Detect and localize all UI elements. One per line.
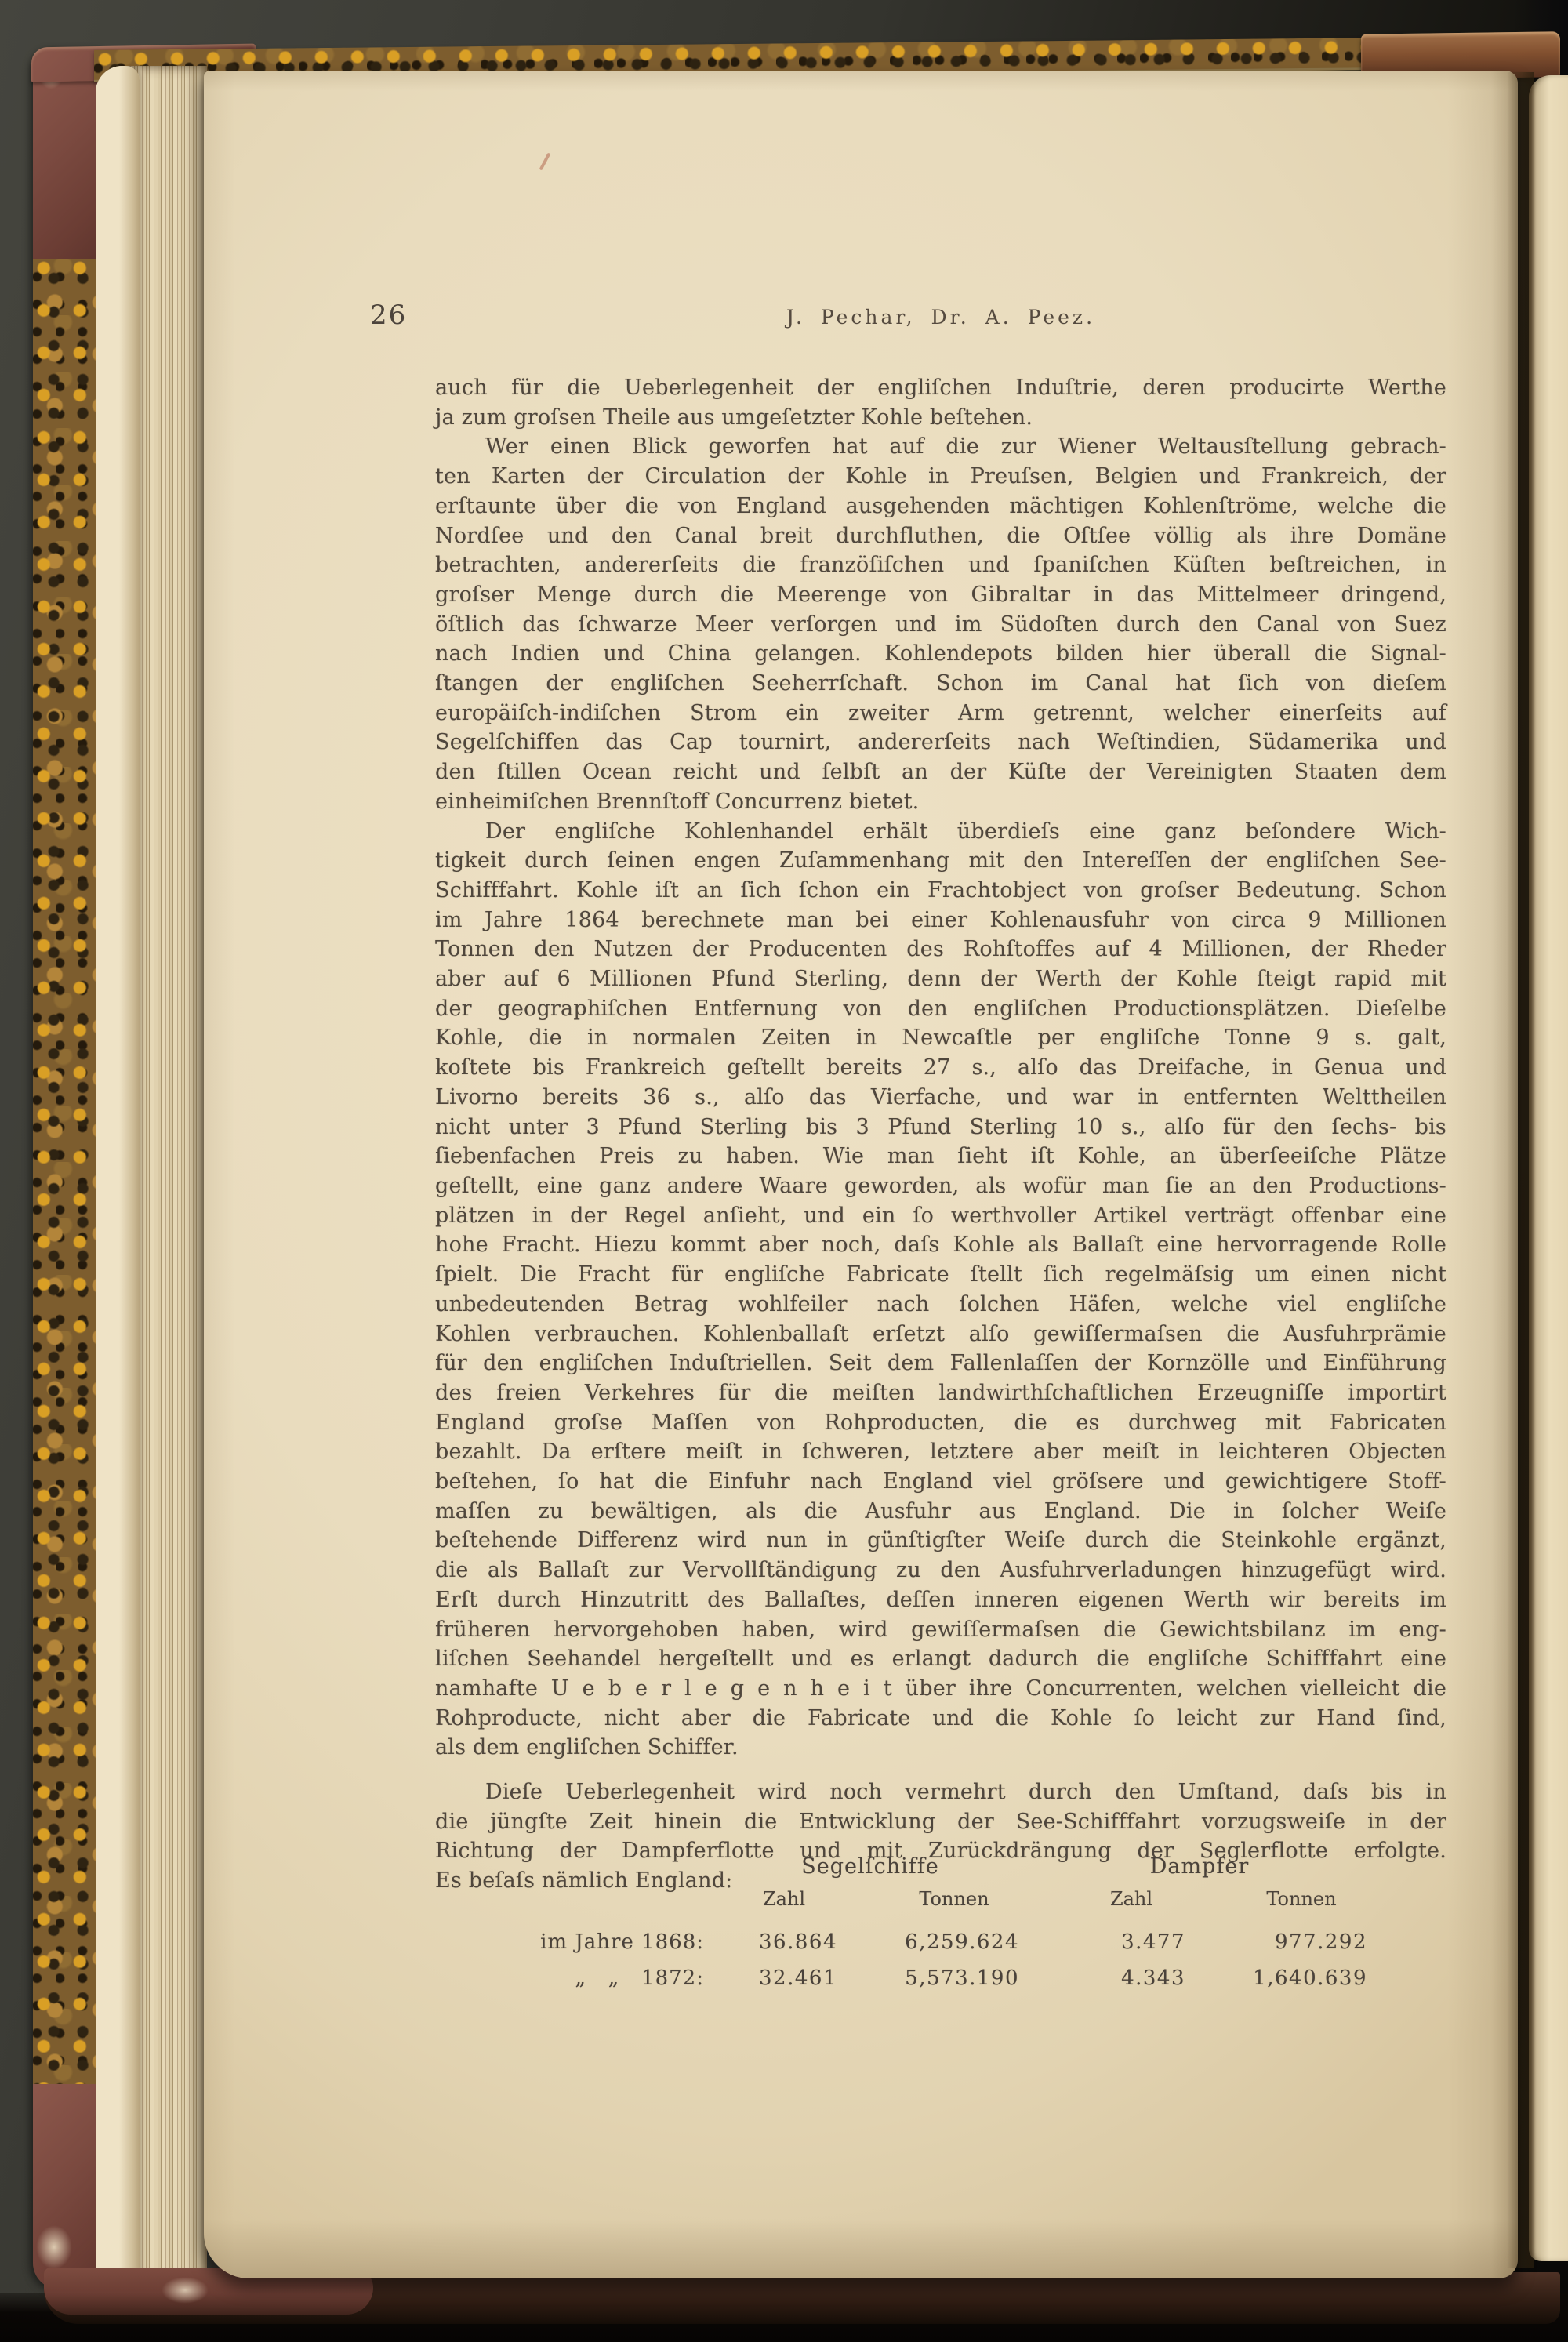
text-line: der geographiſchen Entfernung von den en… — [435, 994, 1446, 1024]
text-line: aber auf 6 Millionen Pfund Sterling, den… — [435, 964, 1446, 994]
group-header-sailing-ships: Segelſchiffe — [721, 1849, 1019, 1879]
text-line: Kohle, die in normalen Zeiten in Newcaſt… — [435, 1023, 1446, 1053]
text-line: europäiſch-indiſchen Strom ein zweiter A… — [435, 699, 1446, 728]
table-value: 1,640.639 — [1200, 1954, 1380, 1990]
text-line: groſser Menge durch die Meerenge von Gib… — [435, 580, 1446, 610]
text-line: hohe Fracht. Hiezu kommt aber noch, daſs… — [435, 1230, 1446, 1260]
text-line: liſchen Seehandel hergeſtellt und es erl… — [435, 1644, 1446, 1674]
text-line: nicht unter 3 Pfund Sterling bis 3 Pfund… — [435, 1113, 1446, 1142]
table-value: 5,573.190 — [847, 1954, 1019, 1990]
fleet-statistics-table: SegelſchiffeDampferZahlTonnenZahlTonneni… — [502, 1849, 1380, 1990]
table-spacer — [502, 1910, 1380, 1918]
page-stack-fore-edges — [96, 66, 207, 2278]
text-line: Tonnen den Nutzen der Producenten des Ro… — [435, 935, 1446, 964]
text-line: öſtlich das ſchwarze Meer verſorgen und … — [435, 610, 1446, 640]
cover-marbled-paper — [33, 259, 102, 2084]
page-number: 26 — [370, 300, 407, 331]
subheader-blank — [502, 1879, 721, 1908]
text-line: tigkeit durch ſeinen engen Zuſammenhang … — [435, 846, 1446, 876]
text-line: auch für die Ueberlegenheit der engliſch… — [435, 373, 1446, 403]
text-line: Der engliſche Kohlenhandel erhält überdi… — [435, 817, 1446, 847]
text-line: Dieſe Ueberlegenheit wird noch vermehrt … — [435, 1777, 1446, 1807]
paragraph: auch für die Ueberlegenheit der engliſch… — [435, 373, 1446, 432]
text-line: betrachten, andererſeits die franzöſiſch… — [435, 550, 1446, 580]
paragraph: Der engliſche Kohlenhandel erhält überdi… — [435, 817, 1446, 1763]
table-corner-blank — [502, 1849, 721, 1879]
body-text: auch für die Ueberlegenheit der engliſch… — [435, 373, 1446, 1896]
text-line: Kohlen verbrauchen. Kohlenballaſt erſetz… — [435, 1320, 1446, 1349]
text-line: den ſtillen Ocean reicht und ſelbſt an d… — [435, 757, 1446, 787]
text-line: ſpielt. Die Fracht für engliſche Fabrica… — [435, 1260, 1446, 1290]
group-header-steamers: Dampfer — [1019, 1849, 1380, 1879]
table-value: 3.477 — [1019, 1918, 1200, 1954]
column-header: Zahl — [721, 1879, 847, 1910]
text-line: ten Karten der Circulation der Kohle in … — [435, 462, 1446, 492]
text-line: Rohproducte, nicht aber die Fabricate un… — [435, 1704, 1446, 1734]
text-line: geſtellt, eine ganz andere Waare geworde… — [435, 1171, 1446, 1201]
text-line: ja zum groſsen Theile aus umgeſetzter Ko… — [435, 403, 1446, 433]
text-line: beſtehende Differenz wird nun in günſtig… — [435, 1526, 1446, 1556]
text-line: des freien Verkehres für die meiſten lan… — [435, 1378, 1446, 1408]
column-header: Zahl — [1019, 1879, 1200, 1910]
table-value: 36.864 — [721, 1918, 847, 1954]
table-value: 4.343 — [1019, 1954, 1200, 1990]
spine-leather-bottom — [33, 2084, 102, 2289]
text-line: Segelſchiffen das Cap tournirt, andererſ… — [435, 728, 1446, 757]
text-line: Erſt durch Hinzutritt des Ballaſtes, deſ… — [435, 1585, 1446, 1615]
text-line: unbedeutenden Betrag wohlfeiler nach ſol… — [435, 1290, 1446, 1320]
text-line: im Jahre 1864 berechnete man bei einer K… — [435, 906, 1446, 935]
column-header: Tonnen — [1200, 1879, 1380, 1910]
text-line: ſtangen der engliſchen Seeherrſchaft. Sc… — [435, 669, 1446, 699]
adjacent-page-edge — [1529, 75, 1568, 2261]
text-line: Livorno bereits 36 s., alſo das Vierfach… — [435, 1083, 1446, 1113]
scanned-book-photo: { "page": { "number": "26", "running_hea… — [0, 0, 1568, 2342]
text-line: ſiebenfachen Preis zu haben. Wie man ſie… — [435, 1142, 1446, 1171]
text-line: maſſen zu bewältigen, als die Ausfuhr au… — [435, 1497, 1446, 1527]
paragraph: Wer einen Blick geworfen hat auf die zur… — [435, 432, 1446, 816]
text-line: namhafte U e b e r l e g e n h e i t übe… — [435, 1674, 1446, 1704]
book-page: 26 J. Pechar, Dr. A. Peez. auch für die … — [204, 71, 1518, 2278]
text-line: erſtaunte über die von England ausgehend… — [435, 492, 1446, 521]
book-bottom-edge — [44, 2272, 1560, 2324]
table-value: 977.292 — [1200, 1918, 1380, 1954]
text-line: plätzen in der Regel anſieht, und ein ſo… — [435, 1201, 1446, 1231]
row-label: „ „ 1872: — [502, 1954, 721, 1990]
book-spine-cover — [33, 49, 102, 2289]
text-line: Wer einen Blick geworfen hat auf die zur… — [435, 432, 1446, 462]
text-line: England groſse Maſſen von Rohproducten, … — [435, 1408, 1446, 1438]
text-line: nach Indien und China gelangen. Kohlende… — [435, 639, 1446, 669]
running-header: J. Pechar, Dr. A. Peez. — [435, 306, 1446, 329]
text-line: bezahlt. Da erſtere meiſt in ſchweren, l… — [435, 1437, 1446, 1467]
text-line: früheren hervorgehoben haben, wird gewiſ… — [435, 1615, 1446, 1645]
text-line: beſtehen, ſo hat die Einfuhr nach Englan… — [435, 1467, 1446, 1497]
text-line: koſtete bis Frankreich geſtellt bereits … — [435, 1053, 1446, 1083]
column-header: Tonnen — [847, 1879, 1019, 1910]
red-pen-mark — [539, 152, 551, 170]
text-line: Nordſee und den Canal breit durchfluthen… — [435, 521, 1446, 551]
text-line: für den engliſchen Induſtriellen. Seit d… — [435, 1349, 1446, 1378]
text-line: als dem engliſchen Schiffer. — [435, 1733, 1446, 1763]
row-label: im Jahre 1868: — [502, 1918, 721, 1954]
text-line: Schifffahrt. Kohle iſt an ſich ſchon ein… — [435, 876, 1446, 906]
table-value: 32.461 — [721, 1954, 847, 1990]
text-line: einheimiſchen Brennſtoff Concurrenz biet… — [435, 787, 1446, 817]
text-line: die als Ballaſt zur Vervollſtändigung zu… — [435, 1556, 1446, 1585]
text-line: die jüngſte Zeit hinein die Entwicklung … — [435, 1807, 1446, 1837]
table-value: 6,259.624 — [847, 1918, 1019, 1954]
